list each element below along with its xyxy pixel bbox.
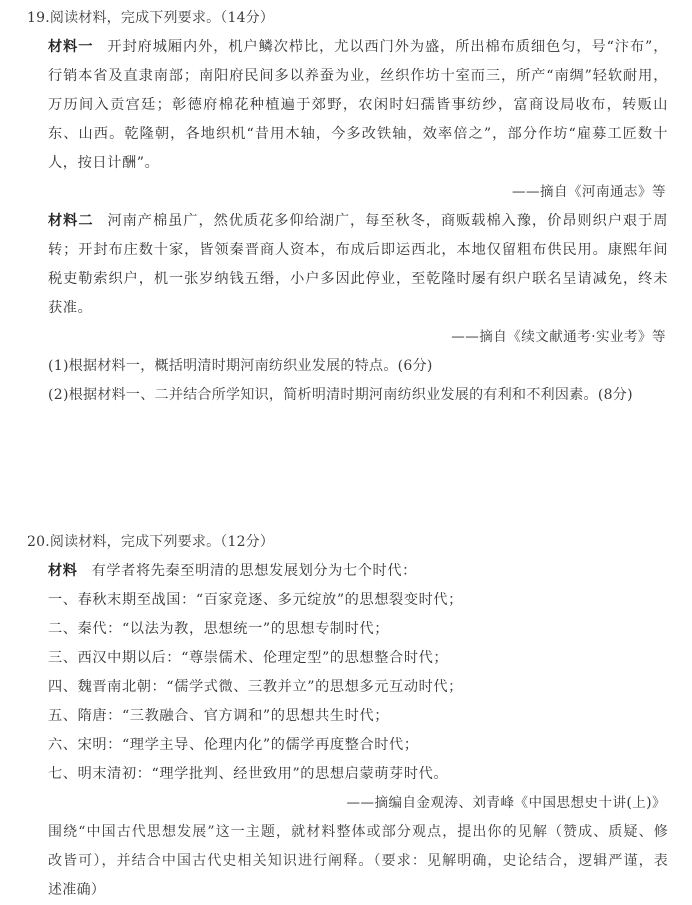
question-20-prompt-line-3: 述准确）: [48, 880, 668, 900]
material-2-line-2: 转；开封布庄数十家，皆领秦晋商人资本，布成后即运西北，本地仅留粗布供民用。康熙年…: [48, 240, 668, 260]
question-20-title: 20.阅读材料，完成下列要求。（12分）: [27, 532, 647, 552]
exam-page: 19.阅读材料，完成下列要求。（14分） 材料一开封府城厢内外，机户鳞次栉比，尤…: [0, 0, 692, 905]
material-intro: 材料有学者将先秦至明清的思想发展划分为七个时代：: [48, 561, 668, 581]
question-19-part-1: (1)根据材料一，概括明清时期河南纺织业发展的特点。(6分): [48, 356, 668, 376]
material-1-line-4: 东、山西。乾隆朝，各地织机“昔用木轴，今多改铁轴，效率倍之”，部分作坊“雇募工匠…: [48, 124, 668, 144]
question-19-part-2: (2)根据材料一、二并结合所学知识，简析明清时期河南纺织业发展的有利和不利因素。…: [48, 385, 668, 405]
material-1-label: 材料一: [48, 39, 93, 55]
material-1-source: ——摘自《河南通志》等: [512, 182, 666, 202]
material-source: ——摘编自金观涛、刘青峰《中国思想史十讲(上)》: [346, 793, 666, 813]
material-1-line-3: 万历间入贡宫廷；彰德府棉花种植遍于郊野，农闲时妇孺皆事纺纱，富商设局收布，转贩山: [48, 95, 668, 115]
era-3: 三、西汉中期以后：“尊崇儒术、伦理定型”的思想整合时代；: [48, 648, 668, 668]
material-2-label: 材料二: [48, 213, 93, 229]
material-label: 材料: [48, 563, 78, 579]
question-20-prompt-line-1: 围绕“中国古代思想发展”这一主题，就材料整体或部分观点，提出你的见解（赞成、质疑…: [48, 822, 668, 842]
material-1-line-5: 人，按日计酬”。: [48, 153, 668, 173]
material-2-line-1: 材料二河南产棉虽广，然优质花多仰给湖广，每至秋冬，商贩载棉入豫，价昂则织户艰于周: [48, 211, 668, 231]
era-5: 五、隋唐：“三教融合、官方调和”的思想共生时代；: [48, 706, 668, 726]
material-1-line-1: 材料一开封府城厢内外，机户鳞次栉比，尤以西门外为盛，所出棉布质细色匀，号“汴布”…: [48, 37, 668, 57]
material-1-line-2: 行销本省及直隶南部；南阳府民间多以养蚕为业，丝织作坊十室而三，所产“南绸”轻软耐…: [48, 66, 668, 86]
era-7: 七、明末清初：“理学批判、经世致用”的思想启蒙萌芽时代。: [48, 764, 668, 784]
material-2-source: ——摘自《续文献通考·实业考》等: [451, 327, 666, 347]
question-19-title: 19.阅读材料，完成下列要求。（14分）: [27, 8, 647, 28]
era-1: 一、春秋末期至战国：“百家竞逐、多元绽放”的思想裂变时代；: [48, 590, 668, 610]
question-20-prompt-line-2: 改皆可），并结合中国古代史相关知识进行阐释。（要求：见解明确，史论结合，逻辑严谨…: [48, 851, 668, 871]
material-2-line-3: 税吏勒索织户，机一张岁纳钱五缗，小户多因此停业，至乾隆时屡有织户联名呈请减免，终…: [48, 269, 668, 289]
era-6: 六、宋明：“理学主导、伦理内化”的儒学再度整合时代；: [48, 735, 668, 755]
era-4: 四、魏晋南北朝：“儒学式微、三教并立”的思想多元互动时代；: [48, 677, 668, 697]
material-2-line-4: 获准。: [48, 298, 668, 318]
era-2: 二、秦代：“以法为教，思想统一”的思想专制时代；: [48, 619, 668, 639]
